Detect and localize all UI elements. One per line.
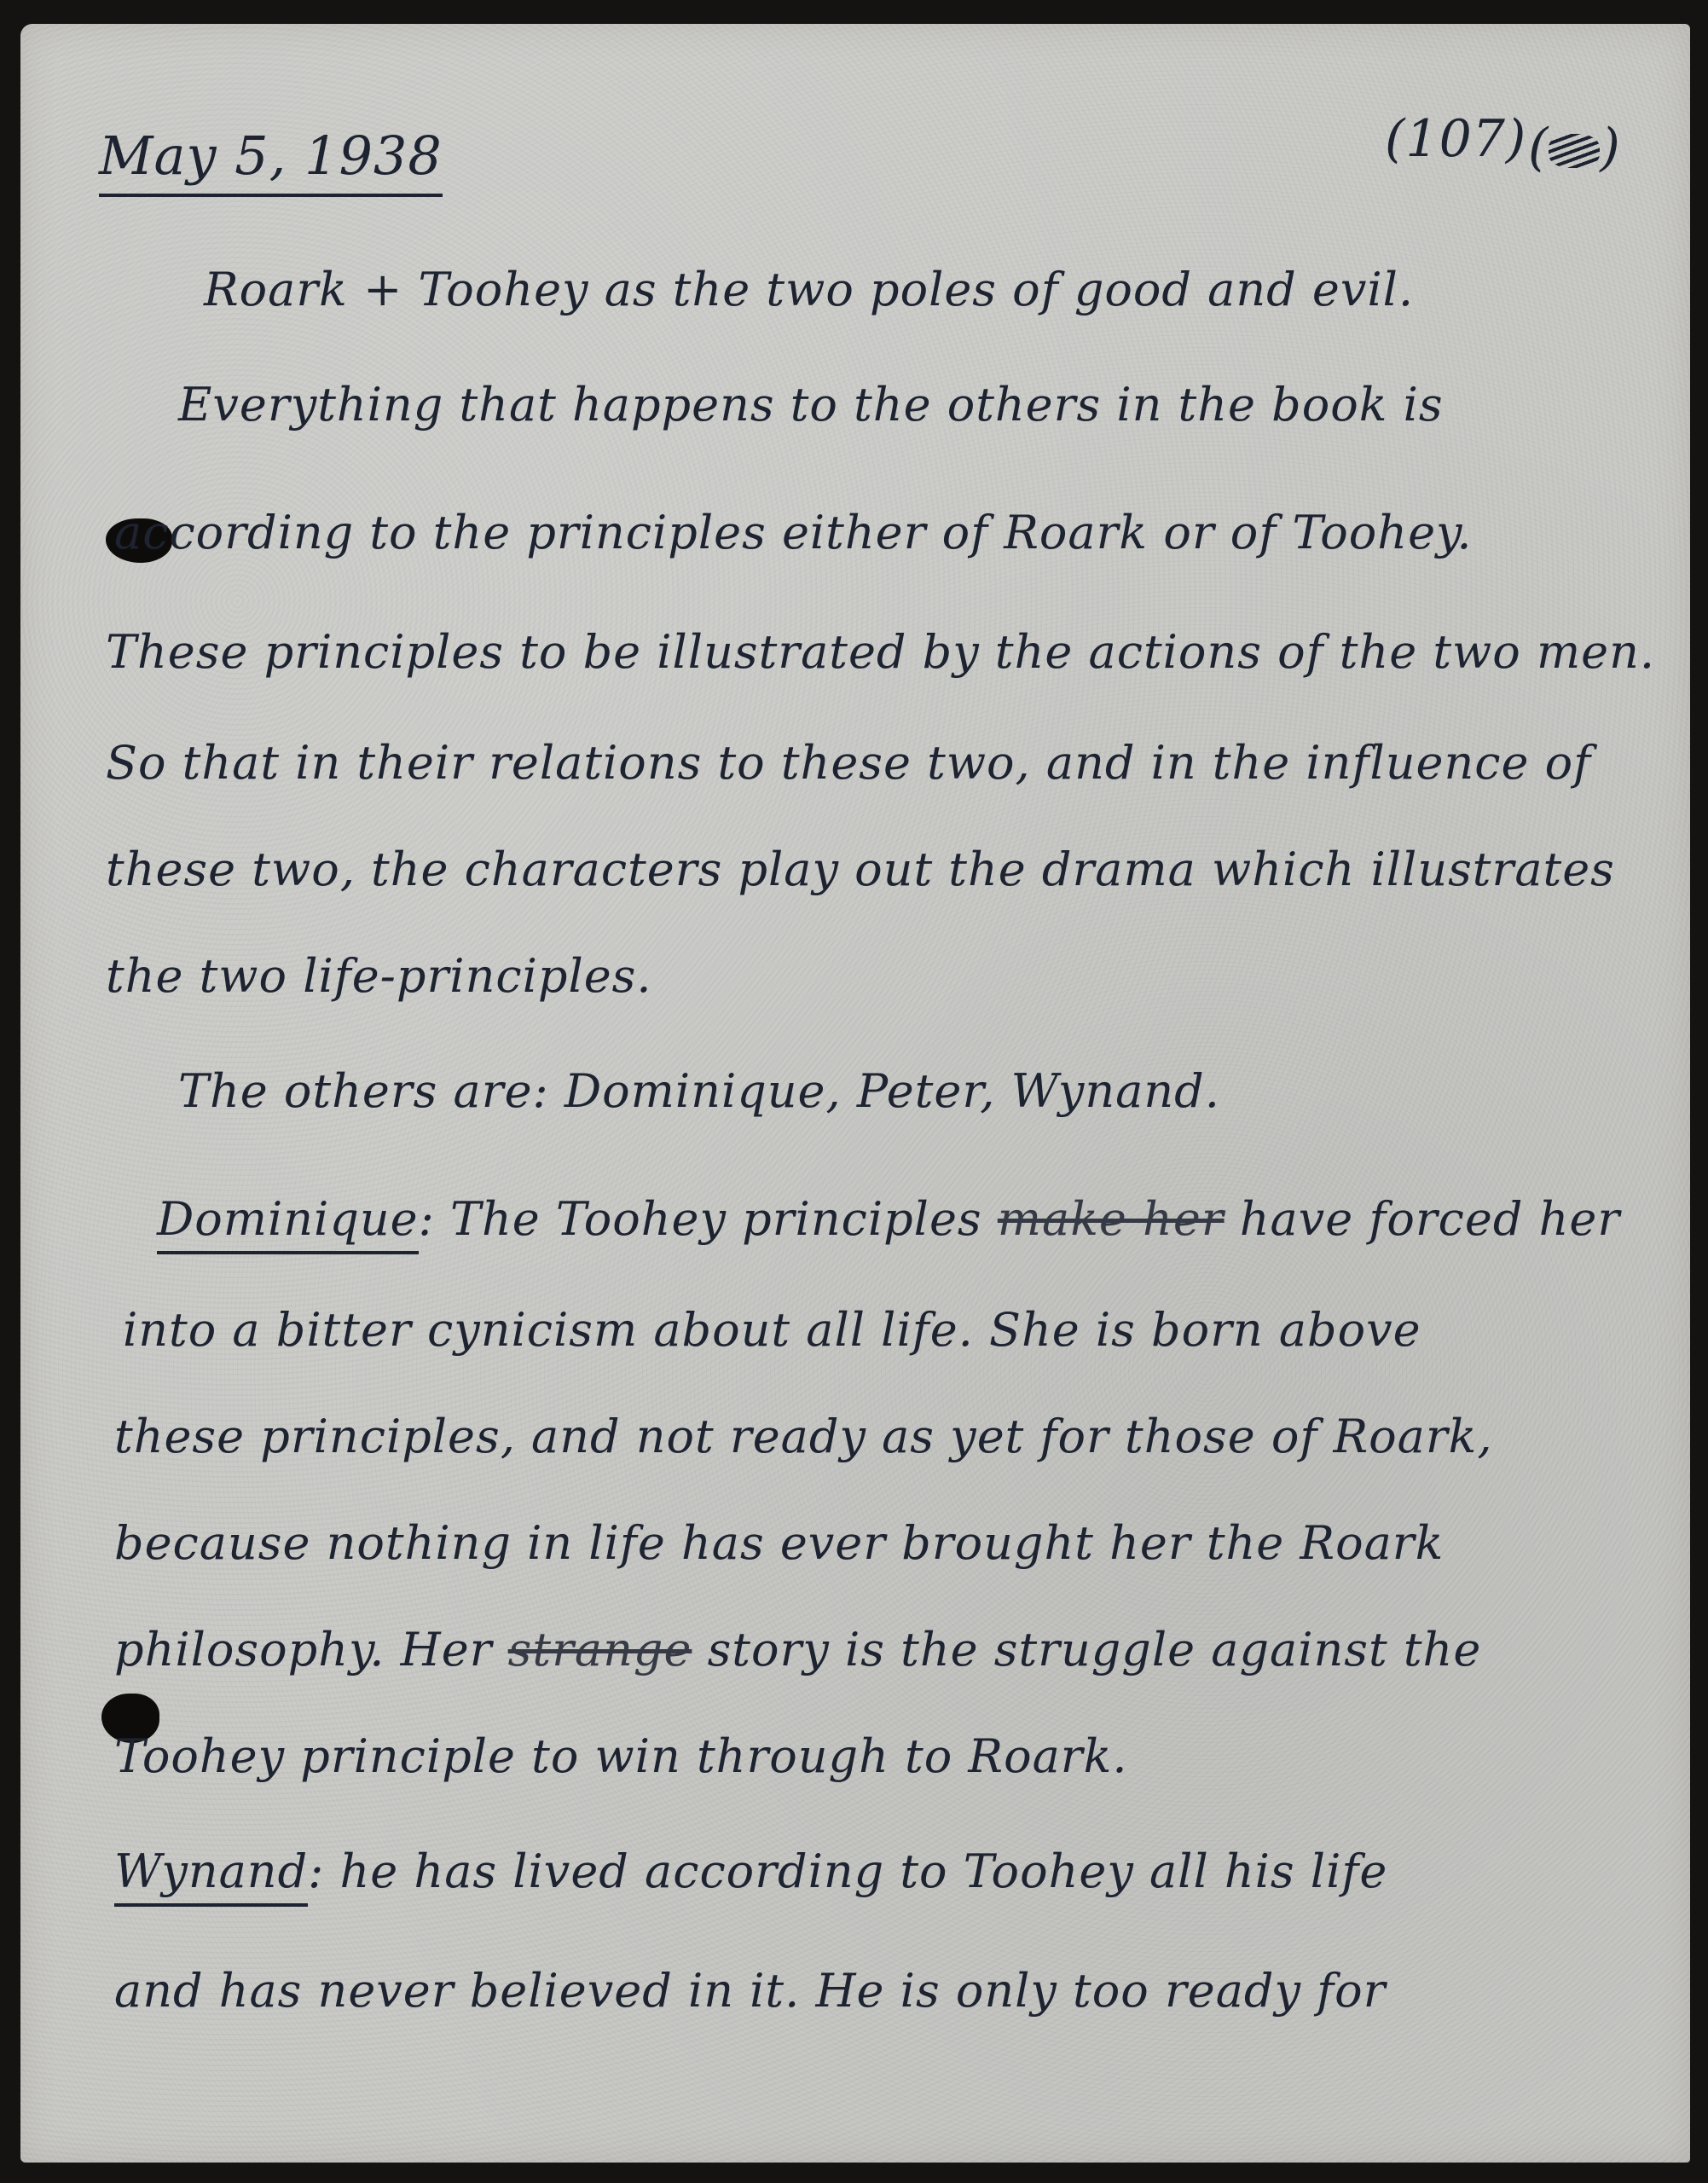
character-heading-wynand: Wynand — [114, 1844, 308, 1907]
text-line: The others are: Dominique, Peter, Wynand… — [178, 1068, 1220, 1115]
page-number: (107) — [1385, 109, 1526, 169]
heading-text: : he has lived according to Toohey all h… — [308, 1844, 1387, 1898]
text-line: Everything that happens to the others in… — [178, 382, 1444, 428]
heading-text: : The Toohey principles — [419, 1192, 982, 1246]
text-line: according to the principles either of Ro… — [114, 510, 1473, 556]
text-line: and has never believed in it. He is only… — [114, 1968, 1386, 2014]
text-line: These principles to be illustrated by th… — [106, 629, 1655, 675]
text-line: Dominique: The Toohey principles make he… — [157, 1196, 1620, 1242]
struck-word: strange — [508, 1623, 692, 1676]
line-text: philosophy. Her — [114, 1623, 493, 1676]
text-line: Wynand: he has lived according to Toohey… — [114, 1849, 1387, 1895]
struck-word: make her — [998, 1192, 1225, 1246]
date-heading: May 5, 1938 — [99, 124, 443, 197]
continuation-text: have forced her — [1240, 1192, 1620, 1246]
line-text: story is the struggle against the — [708, 1623, 1482, 1676]
text-line: Toohey principle to win through to Roark… — [114, 1734, 1128, 1780]
text-line: So that in their relations to these two,… — [106, 740, 1591, 786]
text-line: philosophy. Her strange story is the str… — [114, 1627, 1481, 1673]
scribble-icon — [1549, 134, 1600, 168]
character-heading-dominique: Dominique — [157, 1192, 419, 1254]
text-line: because nothing in life has ever brought… — [114, 1520, 1444, 1566]
text-line: into a bitter cynicism about all life. S… — [123, 1307, 1421, 1353]
manuscript-page: May 5, 1938 (107) () Roark + Toohey as t… — [20, 24, 1690, 2163]
text-line: the two life-principles. — [106, 953, 652, 999]
text-line: Roark + Toohey as the two poles of good … — [204, 267, 1414, 313]
text-line: these two, the characters play out the d… — [106, 847, 1615, 893]
text-line: these principles, and not ready as yet f… — [114, 1414, 1493, 1460]
scribbled-annotation: () — [1528, 118, 1621, 177]
